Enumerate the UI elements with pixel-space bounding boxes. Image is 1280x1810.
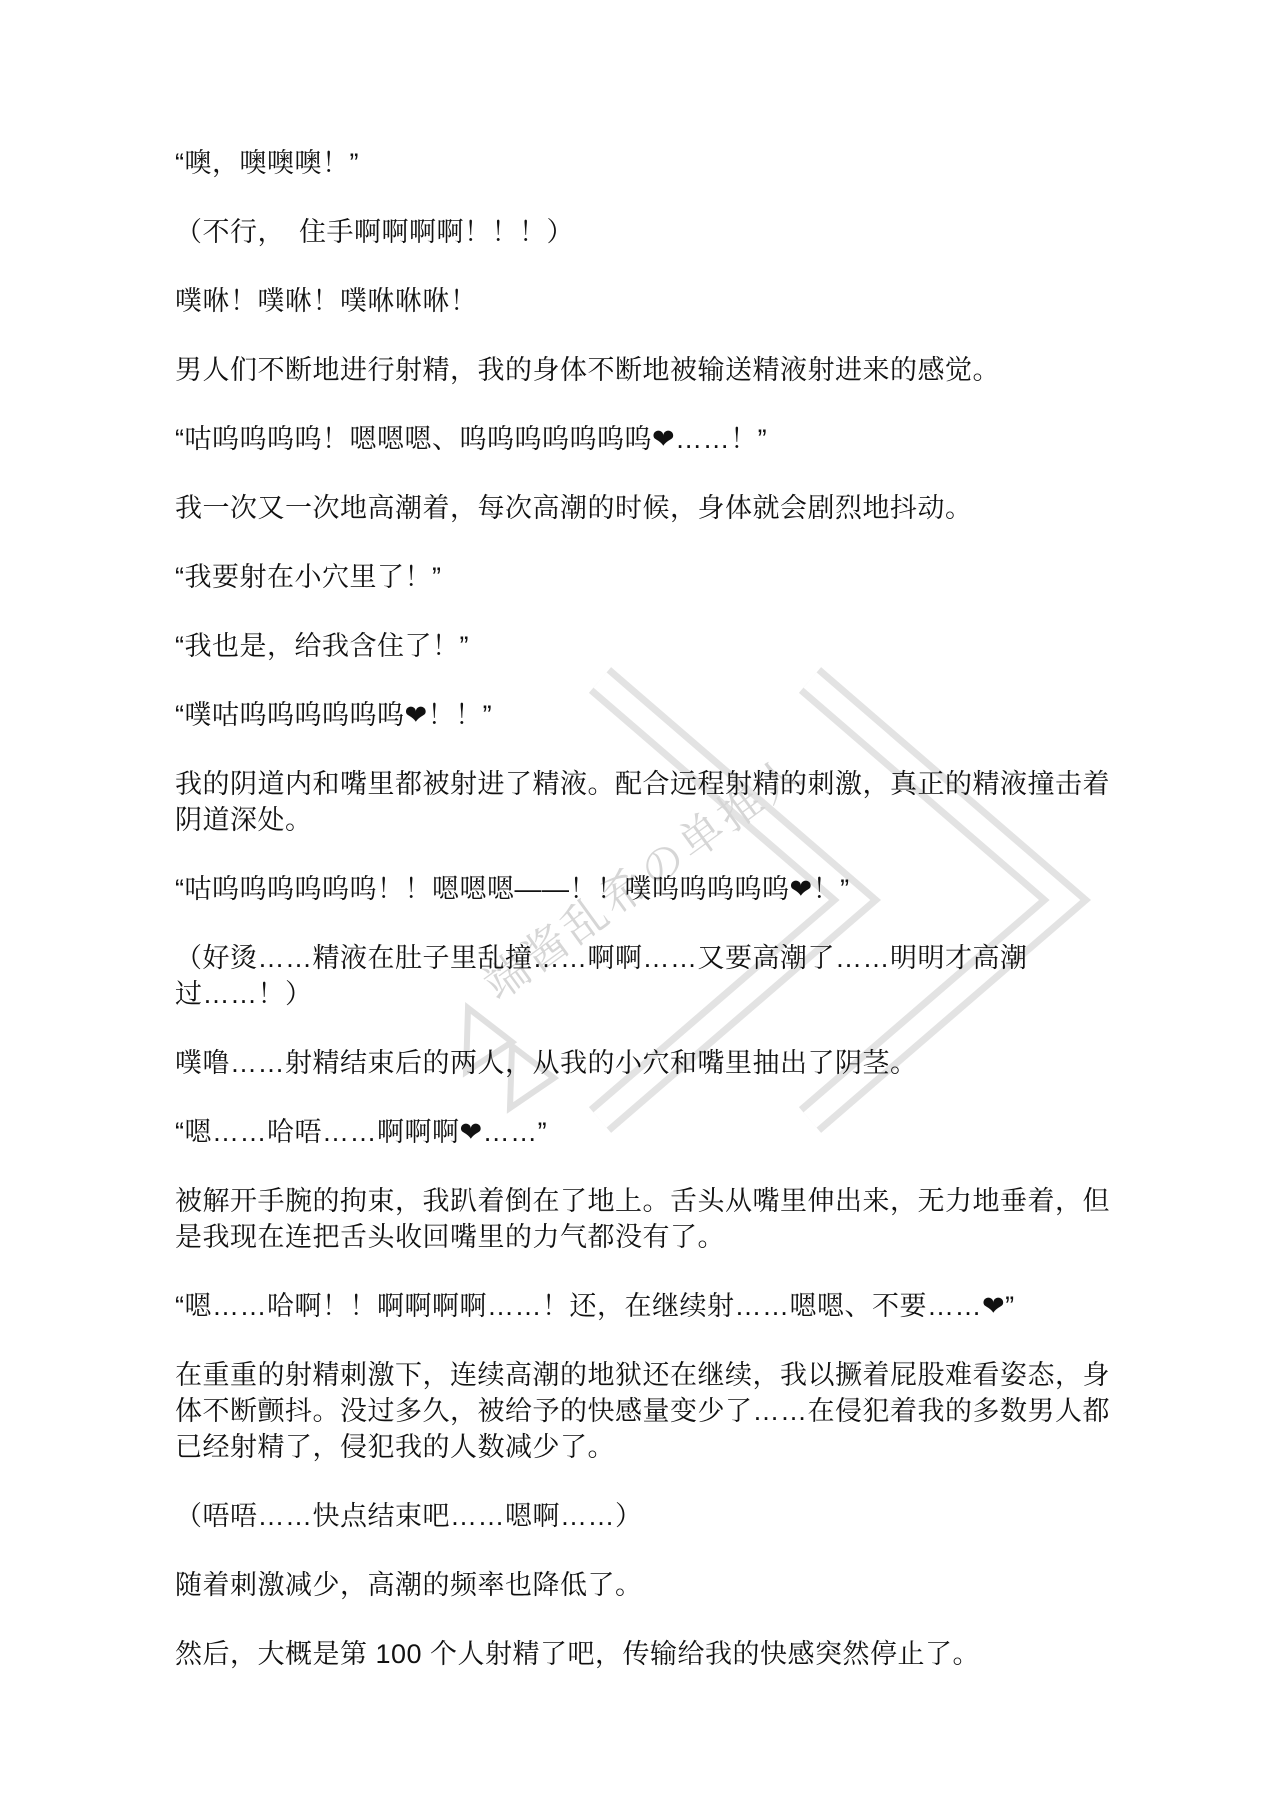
paragraph: 在重重的射精刺激下，连续高潮的地狱还在继续，我以撅着屁股难看姿态，身体不断颤抖。… xyxy=(175,1357,1125,1465)
paragraph: 我的阴道内和嘴里都被射进了精液。配合远程射精的刺激，真正的精液撞击着阴道深处。 xyxy=(175,766,1125,838)
paragraph: 然后，大概是第 100 个人射精了吧，传输给我的快感突然停止了。 xyxy=(175,1636,1125,1672)
paragraph: “嗯……哈唔……啊啊啊❤……” xyxy=(175,1114,1125,1150)
paragraph: 男人们不断地进行射精，我的身体不断地被输送精液射进来的感觉。 xyxy=(175,352,1125,388)
paragraph: （唔唔……快点结束吧……嗯啊……） xyxy=(175,1498,1125,1534)
paragraph: （好烫……精液在肚子里乱撞……啊啊……又要高潮了……明明才高潮过……！） xyxy=(175,940,1125,1012)
paragraph: “嗯……哈啊！！啊啊啊啊……！还，在继续射……嗯嗯、不要……❤” xyxy=(175,1288,1125,1324)
paragraph: “噗咕呜呜呜呜呜呜❤！！” xyxy=(175,697,1125,733)
document-page: { "document": { "language": "zh-CN", "ba… xyxy=(0,0,1280,1810)
document-content: “噢，噢噢噢！”（不行， 住手啊啊啊啊！！！）噗咻！噗咻！噗咻咻咻！男人们不断地… xyxy=(175,145,1125,1705)
page: 端酱乱希の单推人 “噢，噢噢噢！”（不行， 住手啊啊啊啊！！！）噗咻！噗咻！噗咻… xyxy=(0,0,1280,1810)
paragraph: 随着刺激减少，高潮的频率也降低了。 xyxy=(175,1567,1125,1603)
paragraph: “噢，噢噢噢！” xyxy=(175,145,1125,181)
paragraph: （不行， 住手啊啊啊啊！！！） xyxy=(175,214,1125,250)
paragraph: “咕呜呜呜呜呜呜！！嗯嗯嗯——！！噗呜呜呜呜呜❤！” xyxy=(175,871,1125,907)
paragraph: 我一次又一次地高潮着，每次高潮的时候，身体就会剧烈地抖动。 xyxy=(175,490,1125,526)
paragraph: 噗噜……射精结束后的两人，从我的小穴和嘴里抽出了阴茎。 xyxy=(175,1045,1125,1081)
paragraph: 噗咻！噗咻！噗咻咻咻！ xyxy=(175,283,1125,319)
paragraph: “我也是，给我含住了！” xyxy=(175,628,1125,664)
paragraph: “咕呜呜呜呜！嗯嗯嗯、呜呜呜呜呜呜呜❤……！” xyxy=(175,421,1125,457)
paragraph: 被解开手腕的拘束，我趴着倒在了地上。舌头从嘴里伸出来，无力地垂着，但是我现在连把… xyxy=(175,1183,1125,1255)
paragraph: “我要射在小穴里了！” xyxy=(175,559,1125,595)
